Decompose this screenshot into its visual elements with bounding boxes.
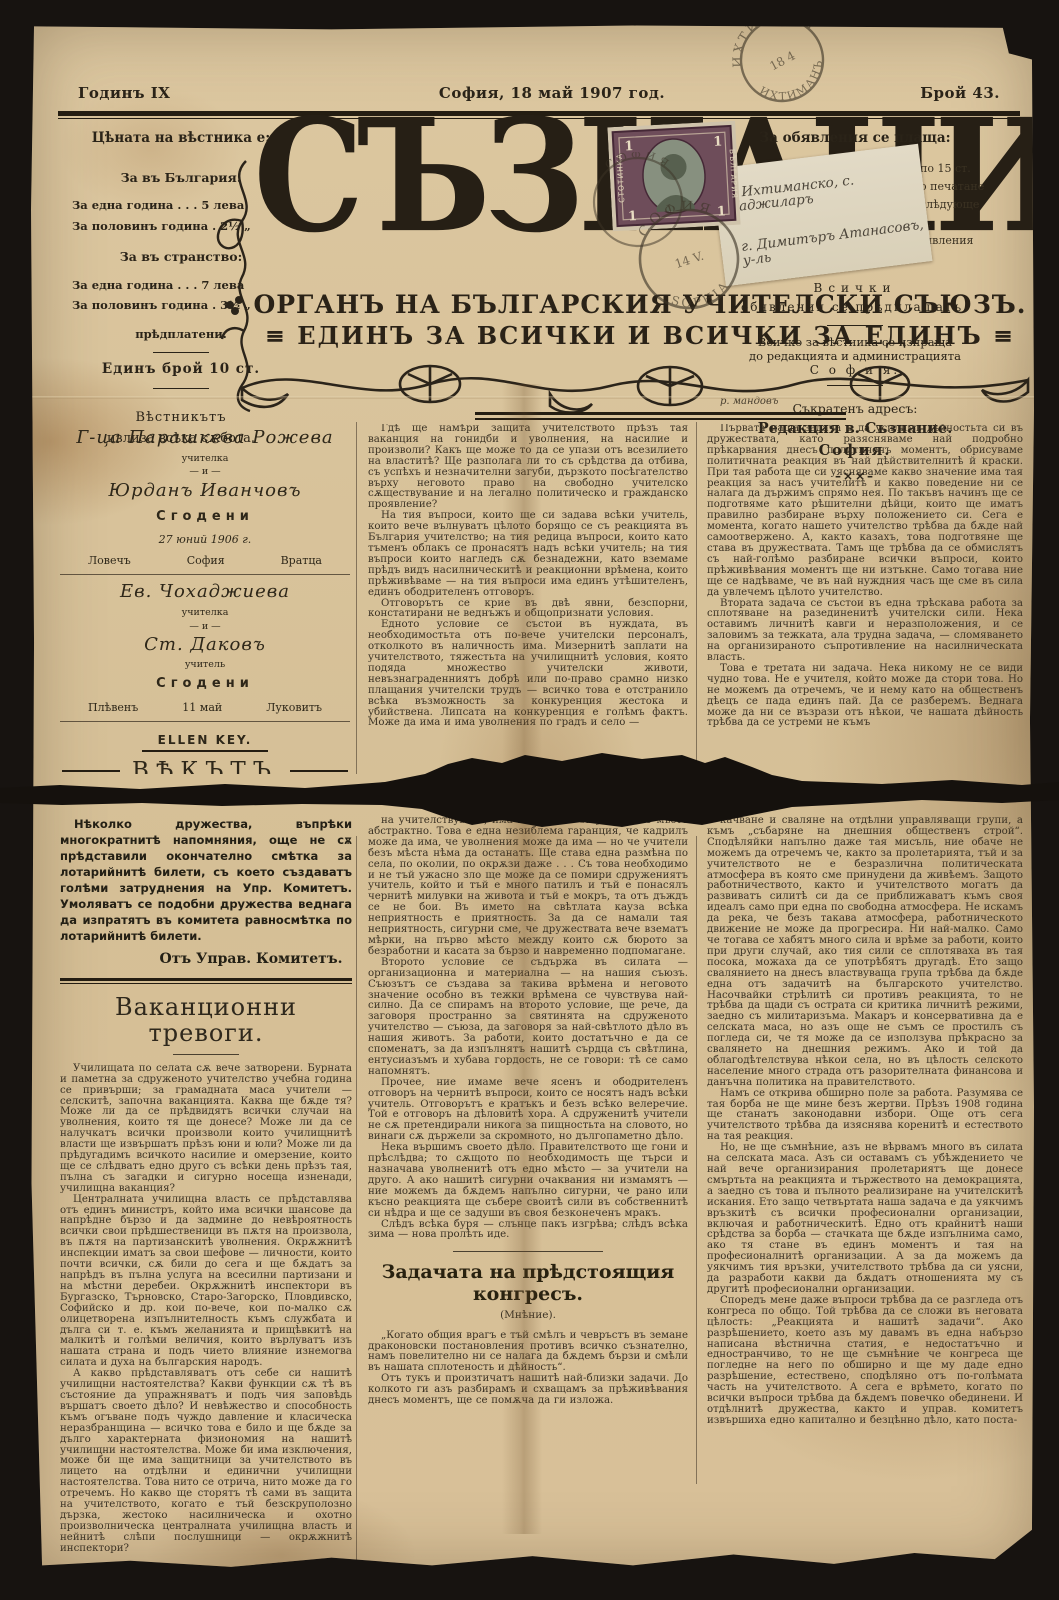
ads-send-2: до редакцията и администрацията bbox=[690, 349, 1020, 363]
announcement-role: учителка bbox=[60, 607, 350, 618]
newspaper-photo: { "colors":{"background":"#171310","pape… bbox=[0, 0, 1059, 1600]
article-paragraph: Училищата по селата сѫ вече затворени. Б… bbox=[60, 1064, 352, 1195]
announcement-role: учитель bbox=[60, 659, 350, 670]
article-paragraph: Намъ се открива обширно поле за работа. … bbox=[707, 1089, 1023, 1144]
announcement-status: Сгодени bbox=[60, 676, 350, 692]
postmark-ihtiman-date: 18 4 bbox=[767, 48, 797, 73]
article-paragraph: Това е третата ни задача. Нека никому не… bbox=[707, 664, 1023, 729]
announcement-conjunction: — и — bbox=[60, 466, 350, 477]
divider-rule bbox=[153, 388, 209, 389]
column-left-top: Г-ца Парашкева Рожева учителка — и — Юрд… bbox=[60, 428, 350, 774]
announcement-divider bbox=[60, 721, 350, 722]
article-paragraph: А какво прѣдставляватъ отъ себе си нашит… bbox=[60, 1369, 352, 1554]
announcement-groom: Ст. Даковъ bbox=[60, 635, 350, 655]
article-paragraph: Втората задача се състои въ една трѣскав… bbox=[707, 599, 1023, 664]
column-left-bottom: Нѣколко дружества, въпрѣки многократнитѣ… bbox=[60, 816, 352, 1570]
announcement-groom: Юрданъ Иванчовъ bbox=[60, 481, 350, 501]
place-left: Плѣвенъ bbox=[88, 701, 138, 714]
article-headline: Ваканционни тревоги. bbox=[60, 994, 352, 1047]
svg-text:СОФИЯ: СОФИЯ bbox=[602, 152, 673, 173]
announcement-conjunction: — и — bbox=[60, 621, 350, 632]
committee-notice-signature: Отъ Управ. Комитетъ. bbox=[60, 952, 352, 966]
announcement-divider bbox=[60, 574, 350, 575]
announcement-status: Сгодени bbox=[60, 509, 350, 525]
ads-fragment-3: слѣдующе bbox=[920, 196, 979, 214]
volume-label: Годинъ IX bbox=[78, 86, 170, 101]
announcement-places: Ловечъ София Вратца bbox=[60, 554, 350, 567]
fold-crease bbox=[30, 396, 1035, 399]
fold-crease bbox=[502, 384, 542, 1534]
divider-rule bbox=[827, 325, 883, 326]
announcement-date: 27 юний 1906 г. bbox=[60, 533, 350, 546]
headline-rule bbox=[60, 978, 352, 984]
announcement-bride: Ев. Чохаджиева bbox=[60, 582, 350, 602]
ads-fragment-1: по 15 ст. bbox=[920, 160, 971, 178]
postmark-partial-text: СОФИЯ bbox=[602, 152, 673, 173]
divider-rule bbox=[153, 352, 209, 353]
article-paragraph: Но, не ще съмнѣние, азъ не вѣрвамъ много… bbox=[707, 1143, 1023, 1296]
ads-send-3: С о ф и я. bbox=[690, 363, 1020, 377]
stamp-value-tr: 1 bbox=[713, 134, 723, 149]
column-rule bbox=[356, 836, 357, 1584]
announcement-places: Плѣвенъ 11 май Луковитъ bbox=[60, 701, 350, 714]
announcement-role: учителка bbox=[60, 453, 350, 464]
paper-tear bbox=[0, 748, 1059, 840]
ads-fragment-2: о печатане bbox=[920, 178, 984, 196]
divider-rule bbox=[827, 385, 883, 386]
column-rule bbox=[696, 836, 697, 1484]
ads-box-title: За обявления се плаща: bbox=[690, 132, 1020, 146]
place-mid: София bbox=[187, 554, 225, 567]
column-rule bbox=[696, 422, 697, 774]
column-right-top: Първата наша задача е да усилимъ дѣйност… bbox=[707, 424, 1023, 774]
column-rule bbox=[356, 422, 357, 774]
article-paragraph: Споредъ мене даже въпроси трѣбва да се р… bbox=[707, 1296, 1023, 1427]
article-paragraph: качване и сваляне на отдѣлни управляващи… bbox=[707, 816, 1023, 1089]
place-left: Ловечъ bbox=[88, 554, 131, 567]
headline-underline bbox=[173, 1054, 239, 1055]
article-paragraph: Първата наша задача е да усилимъ дѣйност… bbox=[707, 424, 1023, 599]
place-right: Луковитъ bbox=[266, 701, 322, 714]
place-mid: 11 май bbox=[182, 701, 222, 714]
place-right: Вратца bbox=[281, 554, 322, 567]
column-right-bottom: качване и сваляне на отдѣлни управляващи… bbox=[707, 816, 1023, 1516]
article-paragraph: Централната училищна власть се прѣдставл… bbox=[60, 1195, 352, 1370]
section-bar bbox=[706, 412, 846, 420]
announcement-bride: Г-ца Парашкева Рожева bbox=[60, 428, 350, 448]
ads-send-1: Всичко за вѣстника се изпраща bbox=[690, 335, 1020, 349]
postmark-sofia-date: 14 V. bbox=[673, 249, 705, 271]
